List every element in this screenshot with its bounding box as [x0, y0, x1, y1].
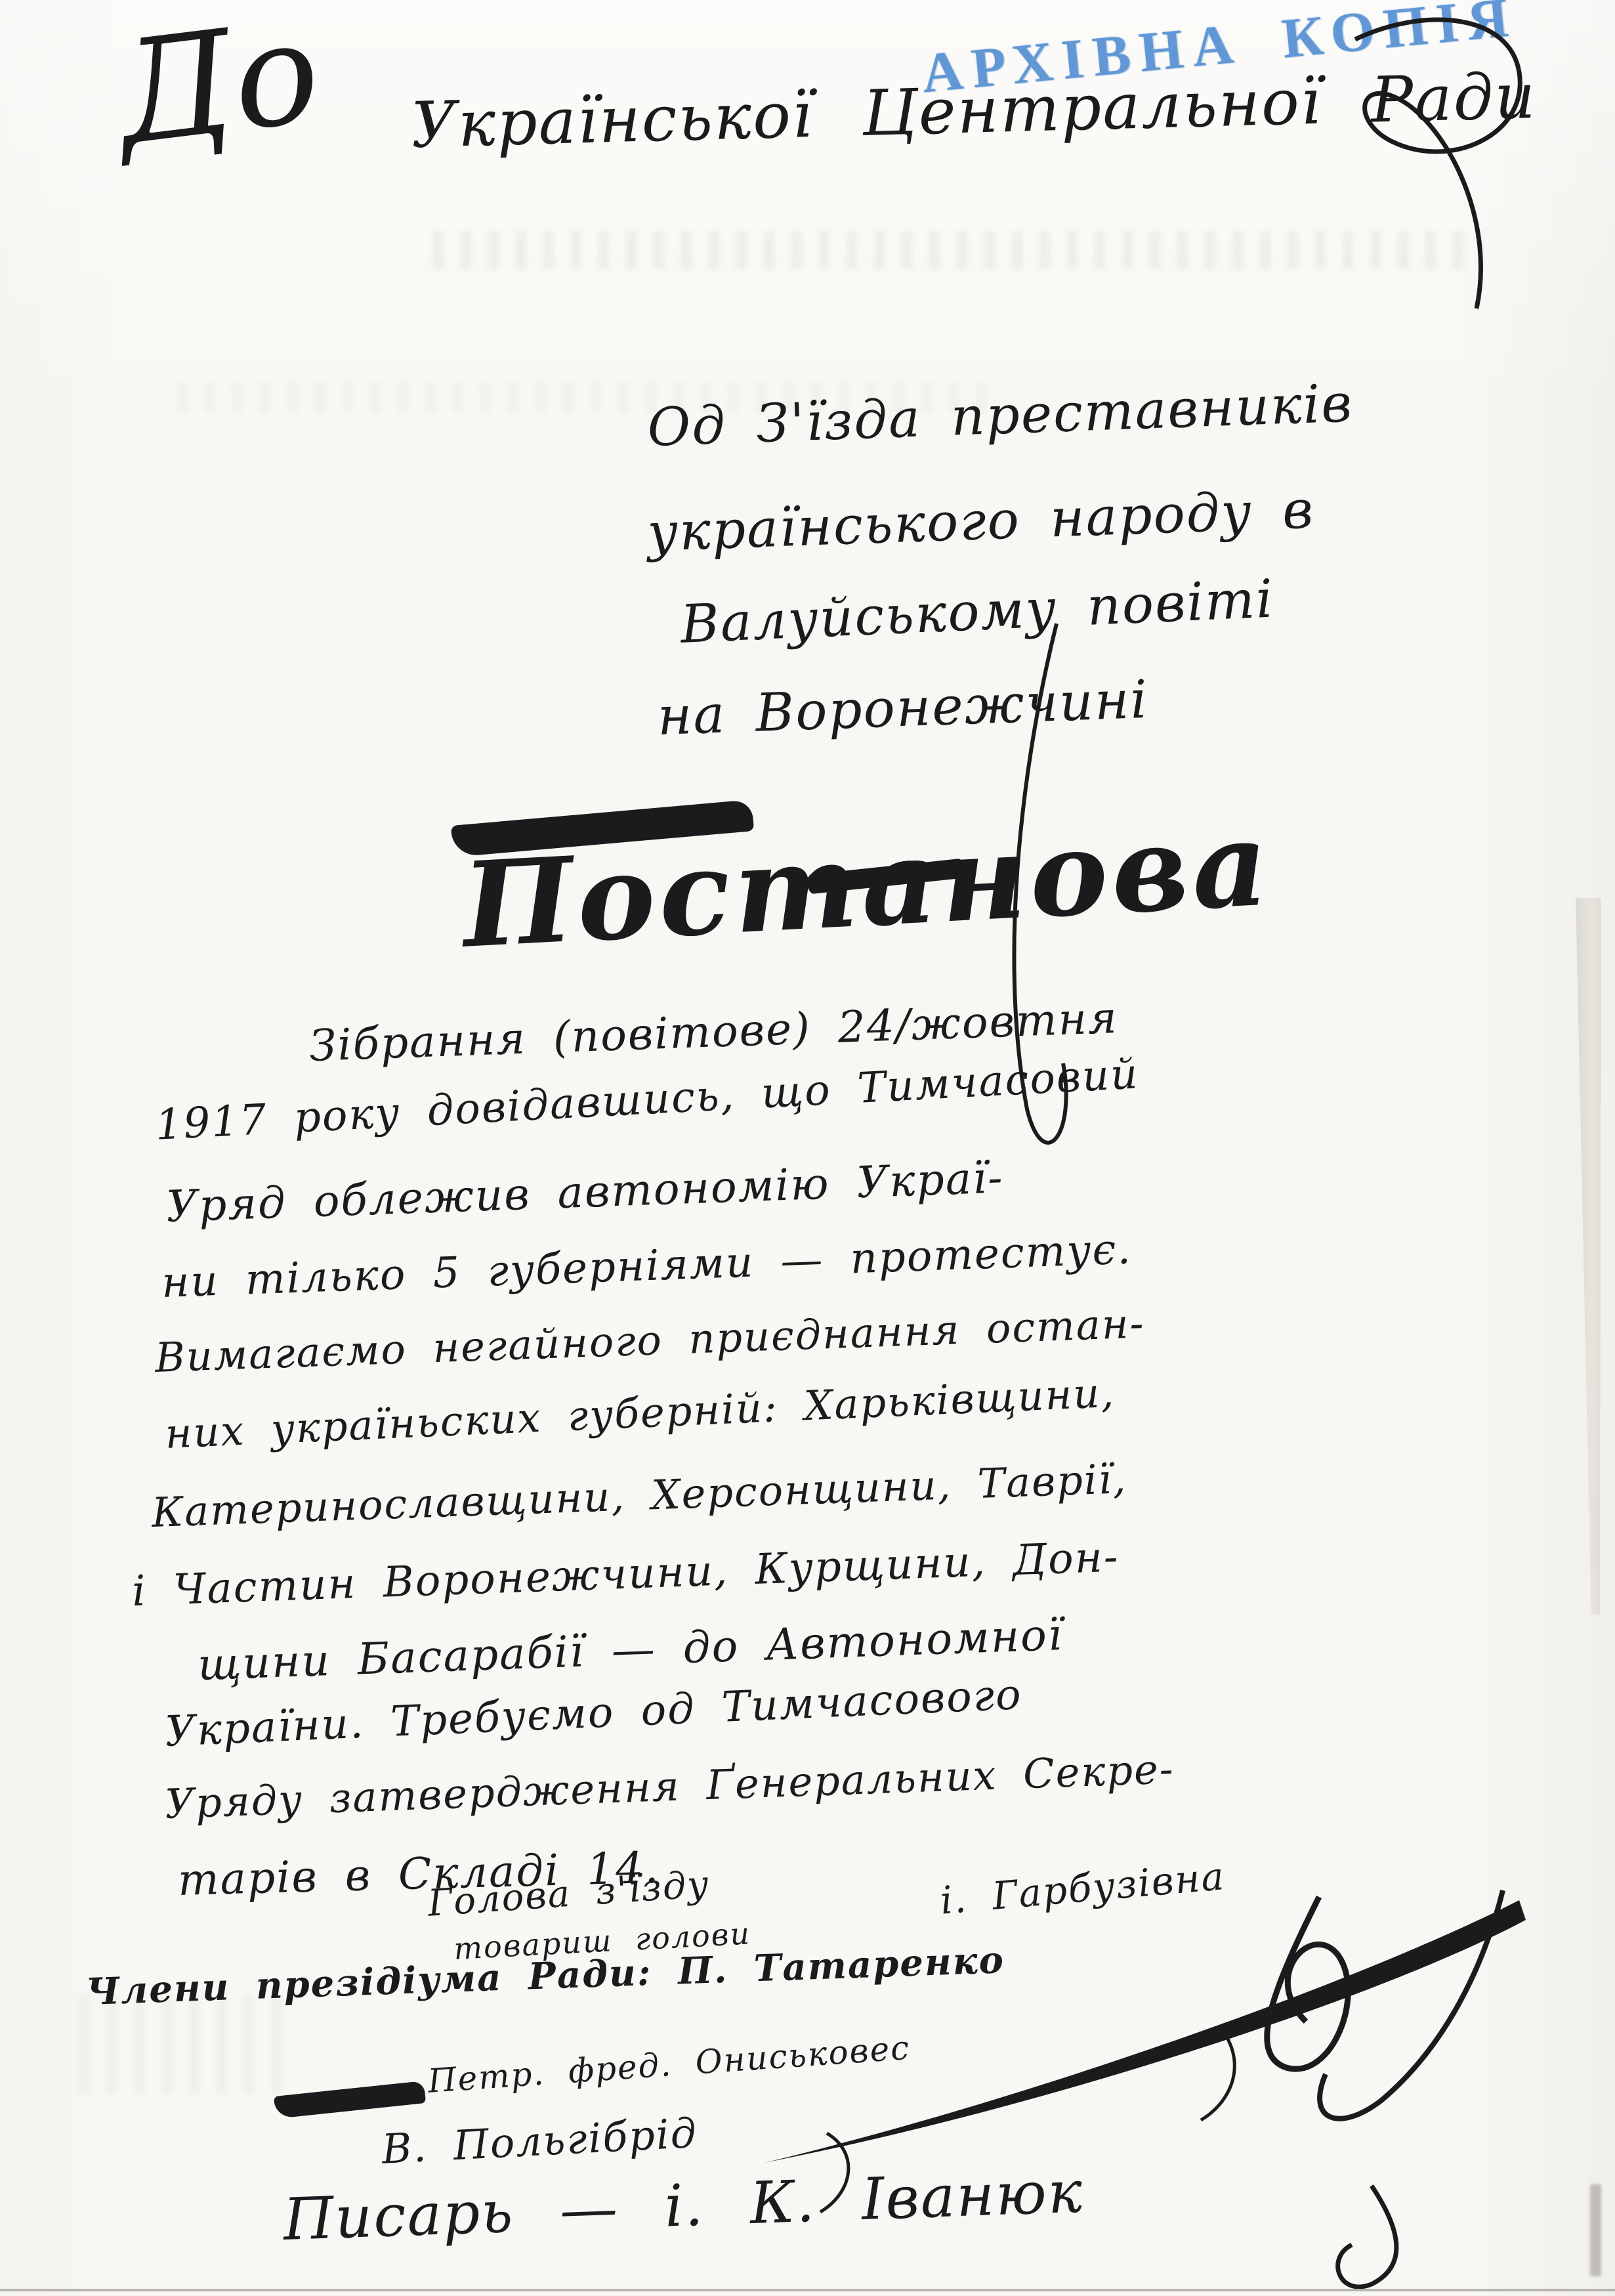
sender-line: Од З'їзда преставників: [646, 372, 1354, 457]
scan-edge-bottom: [0, 2289, 1615, 2291]
body-line: Катеринославщини, Херсонщини, Таврії,: [151, 1455, 1127, 1537]
paper-edge-shadow: [1566, 898, 1601, 1615]
scanned-document-page: АРХІВНА КОПІЯ До Української Центральної…: [0, 0, 1615, 2296]
sender-line: українського народу в: [646, 479, 1315, 563]
scribe-ink-stroke: [274, 2081, 426, 2119]
sender-line: Валуйському повіті: [679, 568, 1275, 655]
bleed-through-band: [433, 231, 1483, 269]
body-line: ни тілько 5 губерніями — протестує.: [161, 1225, 1133, 1307]
body-line: Уряд облежив автономію Украї-: [165, 1152, 1005, 1232]
signature-member3: В. Польгібрід: [381, 2109, 699, 2173]
body-line: Уряду затвердження Ґенеральних Секре-: [164, 1745, 1175, 1828]
scan-edge-right: [1590, 2184, 1601, 2276]
address-recipient: Української Центральної Ради: [410, 59, 1538, 162]
signature-head-name: і. Гарбузівна: [938, 1854, 1227, 1923]
body-line: 1917 року довідавшись, що Тимчасовий: [154, 1050, 1140, 1149]
address-to: До: [108, 0, 329, 177]
body-line: і Частин Воронежчини, Курщини, Дон-: [131, 1533, 1120, 1615]
signature-member2: Петр. фред. Ониськовес: [427, 2029, 912, 2100]
body-line: Вимагаємо негайного приєднання остан-: [154, 1299, 1146, 1382]
body-line: них україньских губерній: Харьківщини,: [164, 1369, 1116, 1458]
sender-line: на Воронежчині: [656, 669, 1149, 747]
